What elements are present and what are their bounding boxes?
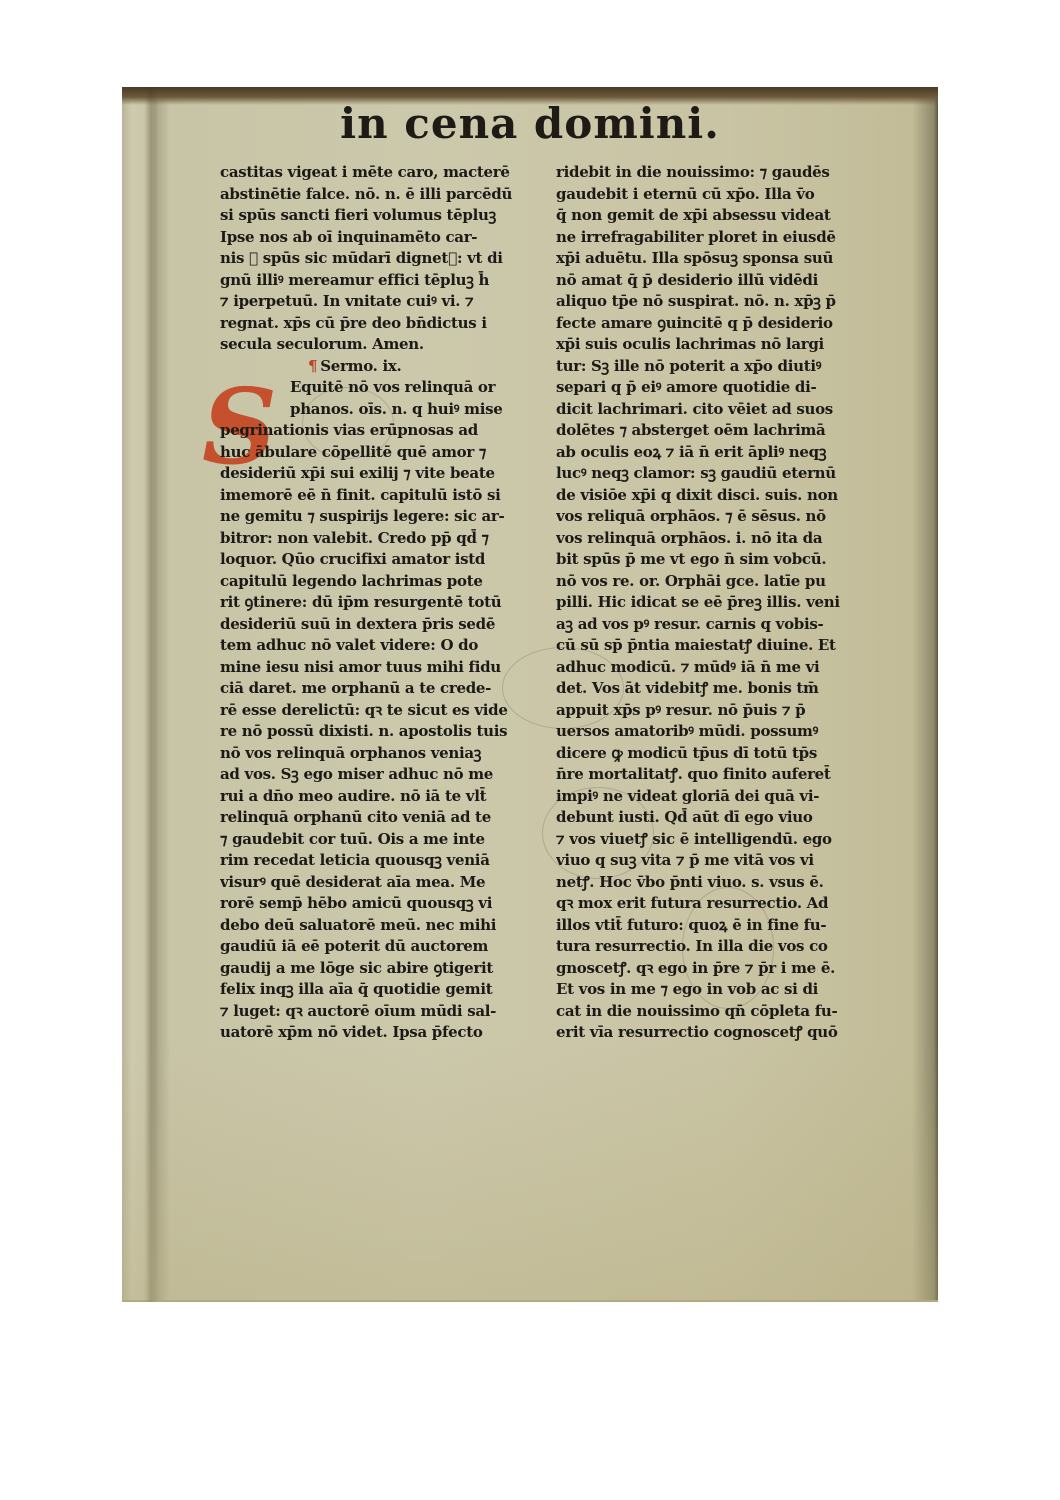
text-line-content: bitror: non valebit. Credo pp̄ qd̄ ⁊ [220,529,489,547]
text-line: det. Vos āt videbitꝭ me. bonis tm̄ [556,678,874,700]
text-line-content: n̄re mortalitatꝭ. quo finito auferet̄ [556,765,831,783]
text-line-content: re nō possū dixisti. n. apostolis tuis [220,722,507,740]
text-line-content: mine iesu nisi amor tuus mihi fidu [220,658,501,676]
left-column: castitas vigeat i mēte caro, macterēabst… [220,162,538,1044]
text-line-content: loquor. Qūo crucifixi amator istd [220,550,485,568]
text-line: viuo q suꝫ vita ⁊ p̄ me vitā vos vi [556,850,874,872]
text-line-content: bit spūs p̄ me vt ego n̄ sim vobcū. [556,550,826,568]
text-line-content: nō amat q̄ p̄ desiderio illū vidēdi [556,271,818,289]
text-line-content: ⁊ vos viuetꝭ sic ē intelligendū. ego [556,830,832,848]
text-line: tur: Sꝫ ille nō poterit a xp̄o diutiꝰ [556,356,874,378]
text-line: ne gemitu ⁊ suspirijs legere: sic ar- [220,506,538,528]
text-line: felix inqꝫ illa aīa q̄ quotidie gemit [220,979,538,1001]
text-line-content: nis ⁊ spūs sic mūdarī dignetᷣ: vt di [220,249,503,267]
text-line-content: uatorē xp̄m nō videt. Ipsa p̄fecto [220,1023,483,1041]
text-line-content: tur: Sꝫ ille nō poterit a xp̄o diutiꝰ [556,357,821,375]
text-line-content: tem adhuc nō valet videre: O do [220,636,478,654]
text-line: ⁊ iperpetuū. In vnitate cuiꝰ vi. ⁊ [220,291,538,313]
text-line-content: rim recedat leticia quousqꝫ veniā [220,851,490,869]
text-line-content: ne irrefragabiliter ploret in eiusdē [556,228,836,246]
text-line: tura resurrectio. In illa die vos co [556,936,874,958]
text-line-content: separi q p̄ eiꝰ amore quotidie di- [556,378,816,396]
text-line: huc ābulare cōpellitē quē amor ⁊ [220,442,538,464]
text-line: cū sū sp̄ p̄ntia maiestatꝭ diuine. Et [556,635,874,657]
text-line: vos reliquā orphāos. ⁊ ē sēsus. nō [556,506,874,528]
text-line-content: xp̄i aduētu. Illa spōsuꝫ sponsa suū [556,249,833,267]
text-line: n̄re mortalitatꝭ. quo finito auferet̄ [556,764,874,786]
text-line-content: desideriū xp̄i sui exilij ⁊ vite beate [220,464,495,482]
text-line: impiꝰ ne videat gloriā dei quā vi- [556,786,874,808]
text-line: regnat. xp̄s cū p̄re deo bn̄dictus i [220,313,538,335]
text-line-content: rē esse derelictū: qꝛ te sicut es vide [220,701,508,719]
text-line: ab oculis eoꝝ ⁊ iā n̄ erit āpliꝰ neqꝫ [556,442,874,464]
text-line: uersos amatoribꝰ mūdi. possumꝰ [556,721,874,743]
text-line-content: fecte amare ꝯuincitē q p̄ desiderio [556,314,833,332]
text-line: ⁊ vos viuetꝭ sic ē intelligendū. ego [556,829,874,851]
text-line-content: desideriū suū in dextera p̄ris sedē [220,615,495,633]
text-line: gnoscetꝭ. qꝛ ego in p̄re ⁊ p̄r i me ē. [556,958,874,980]
text-line-content: lucꝰ neqꝫ clamor: sꝫ gaudiū eternū [556,464,836,482]
text-line-content: phanos. oīs. n. q huiꝰ mise [290,400,503,418]
text-line: erit vīa resurrectio cognoscetꝭ quō [556,1022,874,1044]
text-line: nō vos re. or. Orphāi gce. latīe pu [556,571,874,593]
text-line-content: impiꝰ ne videat gloriā dei quā vi- [556,787,819,805]
text-line-content: ab oculis eoꝝ ⁊ iā n̄ erit āpliꝰ neqꝫ [556,443,826,461]
text-line-content: visurꝰ quē desiderat aīa mea. Me [220,873,485,891]
text-line-content: ⁊ iperpetuū. In vnitate cuiꝰ vi. ⁊ [220,292,473,310]
right-column: ridebit in die nouissimo: ⁊ gaudēsgaudeb… [556,162,874,1044]
text-line: adhuc modicū. ⁊ mūdꝰ iā n̄ me vi [556,657,874,679]
text-line-content: si spūs sancti fieri volumus tēpluꝫ [220,206,496,224]
text-line: ⁊ luget: qꝛ auctorē oīum mūdi sal- [220,1001,538,1023]
text-line: fecte amare ꝯuincitē q p̄ desiderio [556,313,874,335]
text-line-content: abstinētie falce. nō. n. ē illi parcēdū [220,185,512,203]
text-line: dicit lachrimari. cito vēiet ad suos [556,399,874,421]
text-line: vos relinquā orphāos. i. nō ita da [556,528,874,550]
text-line-content: Ipse nos ab oī inquinamēto car- [220,228,477,246]
text-line: uatorē xp̄m nō videt. Ipsa p̄fecto [220,1022,538,1044]
text-line-content: ridebit in die nouissimo: ⁊ gaudēs [556,163,830,181]
text-line: mine iesu nisi amor tuus mihi fidu [220,657,538,679]
text-line: imemorē eē n̄ finit. capitulū istō si [220,485,538,507]
text-line: dicere ꝙ modicū tp̄us dī totū tp̄s [556,743,874,765]
paper-stain [122,1042,938,1302]
text-line-content: relinquā orphanū cito veniā ad te [220,808,491,826]
text-line: dolētes ⁊ absterget oēm lachrimā [556,420,874,442]
text-line: tem adhuc nō valet videre: O do [220,635,538,657]
text-line: bit spūs p̄ me vt ego n̄ sim vobcū. [556,549,874,571]
text-line-content: pegrinationis vias erūpnosas ad [220,421,478,439]
text-line: rorē semp̄ hēbo amicū quousqꝫ vi [220,893,538,915]
text-line: desideriū xp̄i sui exilij ⁊ vite beate [220,463,538,485]
text-line: aꝫ ad vos pꝰ resur. carnis q vobis- [556,614,874,636]
text-line: relinquā orphanū cito veniā ad te [220,807,538,829]
text-line-content: gaudiū iā eē poterit dū auctorem [220,937,488,955]
text-line-content: Et vos in me ⁊ ego in vob ac si di [556,980,818,998]
text-line-content: rorē semp̄ hēbo amicū quousqꝫ vi [220,894,492,912]
text-line: capitulū legendo lachrimas pote [220,571,538,593]
text-line: gaudebit i eternū cū xp̄o. Illa v̄o [556,184,874,206]
running-head: in cena domini. [122,99,938,148]
text-line-content: capitulū legendo lachrimas pote [220,572,483,590]
text-line-content: qꝛ mox erit futura resurrectio. Ad [556,894,828,912]
text-line-content: gaudij a me lōge sic abire ꝯtigerit [220,959,493,977]
text-line: phanos. oīs. n. q huiꝰ mise [220,399,538,421]
text-line-content: rui a dn̄o meo audire. nō iā te vlt̄ [220,787,486,805]
text-line-content: de visiōe xp̄i q dixit disci. suis. non [556,486,838,504]
text-line: pegrinationis vias erūpnosas ad [220,420,538,442]
text-line-content: Equitē nō vos relinquā or [290,378,495,396]
text-line: visurꝰ quē desiderat aīa mea. Me [220,872,538,894]
text-line-content: erit vīa resurrectio cognoscetꝭ quō [556,1023,838,1041]
text-line: ⁊ gaudebit cor tuū. Ois a me inte [220,829,538,851]
text-line: rit ꝯtinere: dū ip̄m resurgentē totū [220,592,538,614]
text-line-content: appuit xp̄s pꝰ resur. nō p̄uis ⁊ p̄ [556,701,805,719]
text-line: rē esse derelictū: qꝛ te sicut es vide [220,700,538,722]
text-line-content: nō vos re. or. Orphāi gce. latīe pu [556,572,826,590]
text-line-content: Sermo. ix. [320,357,401,375]
text-line: loquor. Qūo crucifixi amator istd [220,549,538,571]
text-line-content: det. Vos āt videbitꝭ me. bonis tm̄ [556,679,819,697]
text-line-content: debunt iusti. Qd̄ aūt dī ego viuo [556,808,813,826]
text-line-content: felix inqꝫ illa aīa q̄ quotidie gemit [220,980,492,998]
text-line-content: ⁊ luget: qꝛ auctorē oīum mūdi sal- [220,1002,496,1020]
text-line: netꝭ. Hoc v̄bo p̄nti viuo. s. vsus ē. [556,872,874,894]
text-line-content: aliquo tp̄e nō suspirat. nō. n. xp̄ꝫ p̄ [556,292,836,310]
text-line-content: tura resurrectio. In illa die vos co [556,937,828,955]
text-line-content: dicere ꝙ modicū tp̄us dī totū tp̄s [556,744,817,762]
text-line-content: adhuc modicū. ⁊ mūdꝰ iā n̄ me vi [556,658,819,676]
text-line: secula seculorum. Amen. [220,334,538,356]
text-line: nō vos relinquā orphanos veniaꝫ [220,743,538,765]
text-line: rui a dn̄o meo audire. nō iā te vlt̄ [220,786,538,808]
text-line-content: ne gemitu ⁊ suspirijs legere: sic ar- [220,507,504,525]
text-line: ciā daret. me orphanū a te crede- [220,678,538,700]
text-line: nō amat q̄ p̄ desiderio illū vidēdi [556,270,874,292]
text-line: desideriū suū in dextera p̄ris sedē [220,614,538,636]
text-line: separi q p̄ eiꝰ amore quotidie di- [556,377,874,399]
text-line-content: debo deū saluatorē meū. nec mihi [220,916,496,934]
text-line: rim recedat leticia quousqꝫ veniā [220,850,538,872]
text-line-content: ciā daret. me orphanū a te crede- [220,679,491,697]
text-line: abstinētie falce. nō. n. ē illi parcēdū [220,184,538,206]
text-line: xp̄i aduētu. Illa spōsuꝫ sponsa suū [556,248,874,270]
text-line: illos vtit̄ futuro: quoꝝ ē in fine fu- [556,915,874,937]
text-line: bitror: non valebit. Credo pp̄ qd̄ ⁊ [220,528,538,550]
text-line: si spūs sancti fieri volumus tēpluꝫ [220,205,538,227]
text-line: gnū illiꝰ mereamur effici tēpluꝫ h̄ [220,270,538,292]
text-line-content: huc ābulare cōpellitē quē amor ⁊ [220,443,486,461]
text-line: castitas vigeat i mēte caro, macterē [220,162,538,184]
text-line-content: xp̄i suis oculis lachrimas nō largi [556,335,824,353]
text-line-content: aꝫ ad vos pꝰ resur. carnis q vobis- [556,615,823,633]
text-line: appuit xp̄s pꝰ resur. nō p̄uis ⁊ p̄ [556,700,874,722]
text-line-content: rit ꝯtinere: dū ip̄m resurgentē totū [220,593,501,611]
text-line: gaudiū iā eē poterit dū auctorem [220,936,538,958]
text-line-content: regnat. xp̄s cū p̄re deo bn̄dictus i [220,314,487,332]
pilcrow-icon: ¶ [308,357,317,375]
text-line: de visiōe xp̄i q dixit disci. suis. non [556,485,874,507]
text-line: qꝛ mox erit futura resurrectio. Ad [556,893,874,915]
text-line: xp̄i suis oculis lachrimas nō largi [556,334,874,356]
text-line-content: vos reliquā orphāos. ⁊ ē sēsus. nō [556,507,826,525]
text-line: pilli. Hic idicat se eē p̄reꝫ illis. ven… [556,592,874,614]
text-line-content: gnoscetꝭ. qꝛ ego in p̄re ⁊ p̄r i me ē. [556,959,835,977]
text-line-content: illos vtit̄ futuro: quoꝝ ē in fine fu- [556,916,826,934]
text-line-content: vos relinquā orphāos. i. nō ita da [556,529,822,547]
text-line-content: imemorē eē n̄ finit. capitulū istō si [220,486,501,504]
text-line: Ipse nos ab oī inquinamēto car- [220,227,538,249]
text-line: Et vos in me ⁊ ego in vob ac si di [556,979,874,1001]
text-line-content: cat in die nouissimo qn̄ cōpleta fu- [556,1002,837,1020]
text-line: debunt iusti. Qd̄ aūt dī ego viuo [556,807,874,829]
text-line-content: q̄ non gemit de xp̄i absessu videat [556,206,831,224]
text-line-content: ad vos. Sꝫ ego miser adhuc nō me [220,765,493,783]
text-line: re nō possū dixisti. n. apostolis tuis [220,721,538,743]
text-line-content: netꝭ. Hoc v̄bo p̄nti viuo. s. vsus ē. [556,873,824,891]
text-line-content: nō vos relinquā orphanos veniaꝫ [220,744,481,762]
text-line-content: dolētes ⁊ absterget oēm lachrimā [556,421,825,439]
text-line-content: uersos amatoribꝰ mūdi. possumꝰ [556,722,818,740]
text-line-content: castitas vigeat i mēte caro, macterē [220,163,510,181]
text-line: nis ⁊ spūs sic mūdarī dignetᷣ: vt di [220,248,538,270]
text-line: aliquo tp̄e nō suspirat. nō. n. xp̄ꝫ p̄ [556,291,874,313]
text-line-content: gnū illiꝰ mereamur effici tēpluꝫ h̄ [220,271,489,289]
text-line-content: pilli. Hic idicat se eē p̄reꝫ illis. ven… [556,593,840,611]
text-line-content: dicit lachrimari. cito vēiet ad suos [556,400,833,418]
text-line: lucꝰ neqꝫ clamor: sꝫ gaudiū eternū [556,463,874,485]
text-line: ad vos. Sꝫ ego miser adhuc nō me [220,764,538,786]
text-line: debo deū saluatorē meū. nec mihi [220,915,538,937]
text-line: ridebit in die nouissimo: ⁊ gaudēs [556,162,874,184]
scanned-page: in cena domini. S castitas vigeat i mēte… [122,87,938,1302]
text-line: q̄ non gemit de xp̄i absessu videat [556,205,874,227]
text-line-content: secula seculorum. Amen. [220,335,424,353]
text-line-content: gaudebit i eternū cū xp̄o. Illa v̄o [556,185,814,203]
text-line: ¶Sermo. ix. [220,356,538,378]
text-line: gaudij a me lōge sic abire ꝯtigerit [220,958,538,980]
text-line-content: viuo q suꝫ vita ⁊ p̄ me vitā vos vi [556,851,814,869]
text-line: ne irrefragabiliter ploret in eiusdē [556,227,874,249]
text-line: cat in die nouissimo qn̄ cōpleta fu- [556,1001,874,1023]
text-line: Equitē nō vos relinquā or [220,377,538,399]
text-line-content: ⁊ gaudebit cor tuū. Ois a me inte [220,830,485,848]
text-line-content: cū sū sp̄ p̄ntia maiestatꝭ diuine. Et [556,636,836,654]
